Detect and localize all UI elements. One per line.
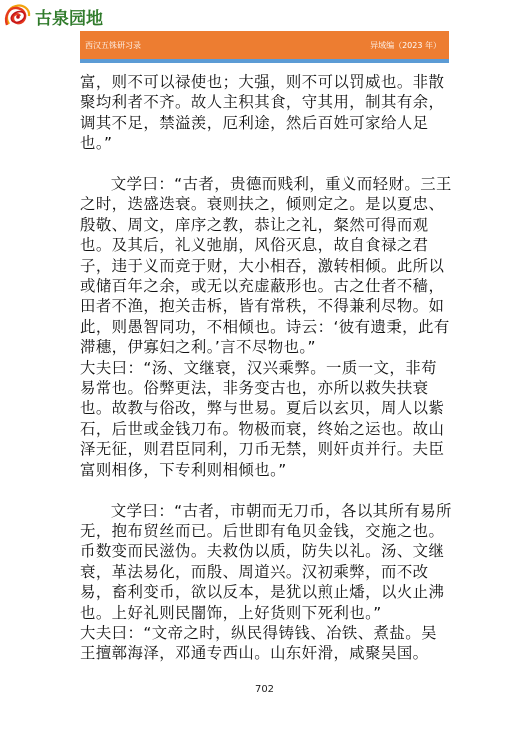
paragraph-gap bbox=[80, 480, 452, 500]
running-header: 西汉五铢研习录 异域编（2023 年） bbox=[80, 31, 449, 59]
site-logo[interactable]: 古泉园地 bbox=[3, 2, 103, 30]
logo-text: 古泉园地 bbox=[35, 4, 103, 29]
header-section-title: 异域编（2023 年） bbox=[370, 40, 441, 51]
swirl-logo-icon bbox=[3, 2, 33, 30]
page-number: 702 bbox=[0, 684, 529, 695]
paragraph-5: 大夫曰：“文帝之时，纵民得铸钱、冶铁、煮盐。吴王擅鄣海泽，邓通专西山。山东奸滑，… bbox=[80, 623, 452, 664]
paragraph-2: 文学曰：“古者，贵德而贱利，重义而轻财。三王之时，迭盛迭衰。衰则扶之，倾则定之。… bbox=[80, 174, 452, 358]
page-body: 富，则不可以禄使也；大强，则不可以罚威也。非散聚均利者不齐。故人主积其食，守其用… bbox=[80, 72, 452, 664]
paragraph-1: 富，则不可以禄使也；大强，则不可以罚威也。非散聚均利者不齐。故人主积其食，守其用… bbox=[80, 72, 452, 154]
paragraph-4: 文学曰：“古者，市朝而无刀币，各以其所有易所无，抱布贸丝而已。后世即有龟贝金钱，… bbox=[80, 501, 452, 623]
paragraph-3: 大夫曰：“汤、文继衰，汉兴乘弊。一质一文，非苟易常也。俗弊更法，非务变古也，亦所… bbox=[80, 358, 452, 480]
header-book-title: 西汉五铢研习录 bbox=[85, 40, 141, 51]
paragraph-gap bbox=[80, 154, 452, 174]
header-divider bbox=[80, 59, 449, 63]
